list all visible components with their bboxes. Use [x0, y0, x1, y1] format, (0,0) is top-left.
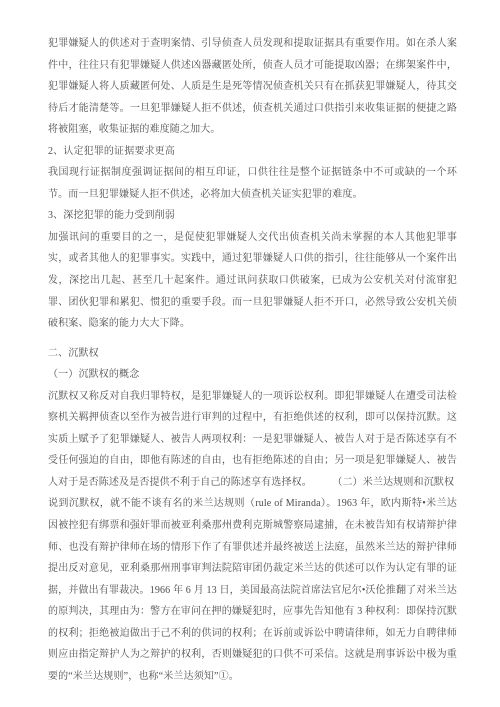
- paragraph-evidence-chain: 我国现行证据制度强调证据间的相互印证，口供往往是整个证据链条中不可或缺的一个环节…: [48, 162, 457, 205]
- heading-3-deep-dig-ability: 3、深挖犯罪的能力受到削弱: [48, 205, 457, 227]
- paragraph-interrogation-purpose: 加强讯问的重要目的之一，是促使犯罪嫌疑人交代出侦查机关尚未掌握的本人其他犯罪事实…: [48, 227, 457, 335]
- document-body: 犯罪嫌疑人的供述对于查明案情、引导侦查人员发现和提取证据具有重要作用。如在杀人案…: [48, 33, 457, 687]
- paragraph-confession-role: 犯罪嫌疑人的供述对于查明案情、引导侦查人员发现和提取证据具有重要作用。如在杀人案…: [48, 33, 457, 141]
- paragraph-silence-right-definition: 沉默权又称反对自我归罪特权，是犯罪嫌疑人的一项诉讼权利。即犯罪嫌疑人在遭受司法检…: [48, 386, 457, 494]
- document-page: 犯罪嫌疑人的供述对于查明案情、引导侦查人员发现和提取证据具有重要作用。如在杀人案…: [0, 0, 500, 707]
- heading-section-two-silence-right: 二、沉默权: [48, 343, 457, 365]
- heading-silence-right-concept: （一）沉默权的概念: [48, 364, 457, 386]
- heading-2-evidence-standard: 2、认定犯罪的证据要求更高: [48, 141, 457, 163]
- paragraph-miranda-rule-history: 说到沉默权，就不能不谈有名的米兰达规则（rule of Miranda）。196…: [48, 493, 457, 687]
